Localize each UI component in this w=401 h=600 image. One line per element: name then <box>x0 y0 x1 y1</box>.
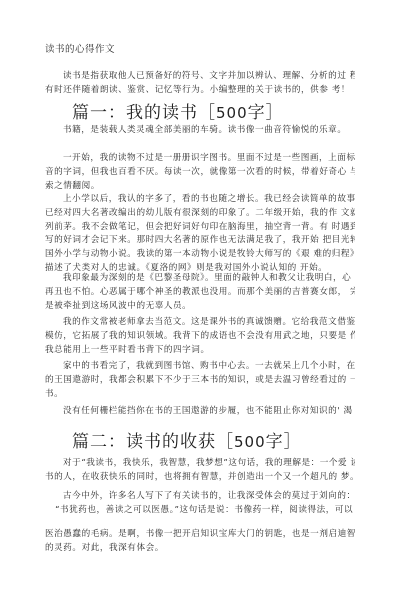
text-line: 我总能用上一些平时看书背下的四字词。 <box>45 344 355 358</box>
heading-text: 字］ <box>248 103 284 123</box>
text-line: 一开始，我的读物不过是一册册识字图书。里面不过是一些图画，上面标 拼 <box>45 152 355 166</box>
heading-text: 字］ <box>266 432 302 452</box>
text-line: 国外小学与动物小说。我读的第一本动物小说是牧铃大师写的《艰 难的归程》， <box>45 248 355 262</box>
text-line: 的灵药。对此，我深有体会。 <box>45 542 355 556</box>
paragraph: 对于“我读书，我快乐，我智慧，我梦想”这句话，我的理解是：一个爱 读 书的人，在… <box>45 457 355 485</box>
section-heading-1: 篇一：我的读书［500字］ <box>72 98 284 123</box>
text-line: 医治愚蠢的毛病。是啊，书像一把开启知识宝库大门的钥匙，也是一剂启迪智 慧 <box>45 528 355 542</box>
text-line: 列前茅。我不会做笔记，但会把好词好句印在脑海里，抽空背一背。有 时遇到难 <box>45 221 355 235</box>
paragraph: 医治愚蠢的毛病。是啊，书像一把开启知识宝库大门的钥匙，也是一剂启迪智 慧 的灵药… <box>45 528 355 556</box>
text-line: 的王国遨游时，我都会积累下不少于三本书的知识，或是去温习曾经看过的 一些 <box>45 374 355 388</box>
heading-number: 500 <box>234 433 266 451</box>
text-line: 我的作文常被老师拿去当范文。这是课外书的真诚馈赠。它给我范文借鉴 与 <box>45 316 355 330</box>
text-line: 有时还伴随着朗读、鉴赏、记忆等行为。小编整理的关于读书的，供参 考！ <box>45 84 355 98</box>
text-line: 书。 <box>45 388 355 402</box>
heading-number: 500 <box>216 104 248 122</box>
section-heading-2: 篇二：读书的收获［500字］ <box>72 427 302 452</box>
paragraph: 上小学以后，我认的字多了，看的书也随之增长。我已经会读简单的故事 了， 已经对四… <box>45 193 355 276</box>
paragraph: 一开始，我的读物不过是一册册识字图书。里面不过是一些图画，上面标 拼 音的字词，… <box>45 152 355 193</box>
text-line: 音的字词，但我也百看不厌。每读一次，就像第一次看的时候，带着好奇心 与探 <box>45 166 355 180</box>
text-line: 写的好词才会记下来。那时四大名著的原作也无法满足我了，我开始 把目光转向 <box>45 234 355 248</box>
text-line: 读书是指获取他人已预备好的符号、文字并加以辨认、理解、分析的过 程， <box>45 70 355 84</box>
text-line: 我印象最为深刻的是《巴黎圣母院》。里面的敲钟人和教父让我明白，心 善 <box>45 272 355 286</box>
document-title: 读书的心得作文 <box>45 41 115 55</box>
text-line: 索之情翻阅。 <box>45 180 355 194</box>
text-line: 模仿，它拓展了我的知识领域。我背下的成语也不会没有用武之地，只要是 作文， <box>45 330 355 344</box>
text-line: 再丑也不怕。心恶属于哪个神圣的教派也没用。而那个美丽的吉普赛女郎， 完全 <box>45 286 355 300</box>
paragraph: 我的作文常被老师拿去当范文。这是课外书的真诚馈赠。它给我范文借鉴 与 模仿，它拓… <box>45 316 355 357</box>
paragraph: 没有任何栅栏能挡你在书的王国遨游的步履，也不能阻止你对知识的' 渴 望。 <box>45 405 355 419</box>
text-line: 是被牵扯到这场风波中的无辜人员。 <box>45 300 355 314</box>
text-line: 古今中外，许多名人写下了有关读书的，让我深受体会的莫过于刘向的： <box>45 490 355 504</box>
text-line: 家中的书看完了，我就到图书馆、购书中心去。一去就呆上几个小时，在 书 <box>45 360 355 374</box>
text-line: 书籍，是装载人类灵魂全部美丽的车骑。读书像一曲音符愉悦的乐章。 <box>45 124 355 138</box>
text-line: “书犹药也，善读之可以医愚。”这句话是说：书像药一样，阅读得法，可以 <box>45 504 355 518</box>
text-line: 书的人，在收获快乐的同时，也将拥有智慧，并创造出一个又一个超凡的 梦。 <box>45 471 355 485</box>
paragraph: 我印象最为深刻的是《巴黎圣母院》。里面的敲钟人和教父让我明白，心 善 再丑也不怕… <box>45 272 355 313</box>
text-line: 对于“我读书，我快乐，我智慧，我梦想”这句话，我的理解是：一个爱 读 <box>45 457 355 471</box>
heading-text: 篇二：读书的收获［ <box>72 432 234 452</box>
text-line: 上小学以后，我认的字多了，看的书也随之增长。我已经会读简单的故事 了， <box>45 193 355 207</box>
text-line: 已经对四大名著改编出的幼儿版有很深刻的印象了。二年级开始，我的作 文就名 <box>45 207 355 221</box>
heading-text: 篇一：我的读书［ <box>72 103 216 123</box>
text-line: 没有任何栅栏能挡你在书的王国遨游的步履，也不能阻止你对知识的' 渴 望。 <box>45 405 355 419</box>
intro-paragraph: 读书是指获取他人已预备好的符号、文字并加以辨认、理解、分析的过 程， 有时还伴随… <box>45 70 355 98</box>
paragraph: 古今中外，许多名人写下了有关读书的，让我深受体会的莫过于刘向的： “书犹药也，善… <box>45 490 355 518</box>
paragraph: 家中的书看完了，我就到图书馆、购书中心去。一去就呆上几个小时，在 书 的王国遨游… <box>45 360 355 401</box>
paragraph: 书籍，是装载人类灵魂全部美丽的车骑。读书像一曲音符愉悦的乐章。 <box>45 124 355 138</box>
document-page: 读书的心得作文 读书是指获取他人已预备好的符号、文字并加以辨认、理解、分析的过 … <box>0 0 401 600</box>
